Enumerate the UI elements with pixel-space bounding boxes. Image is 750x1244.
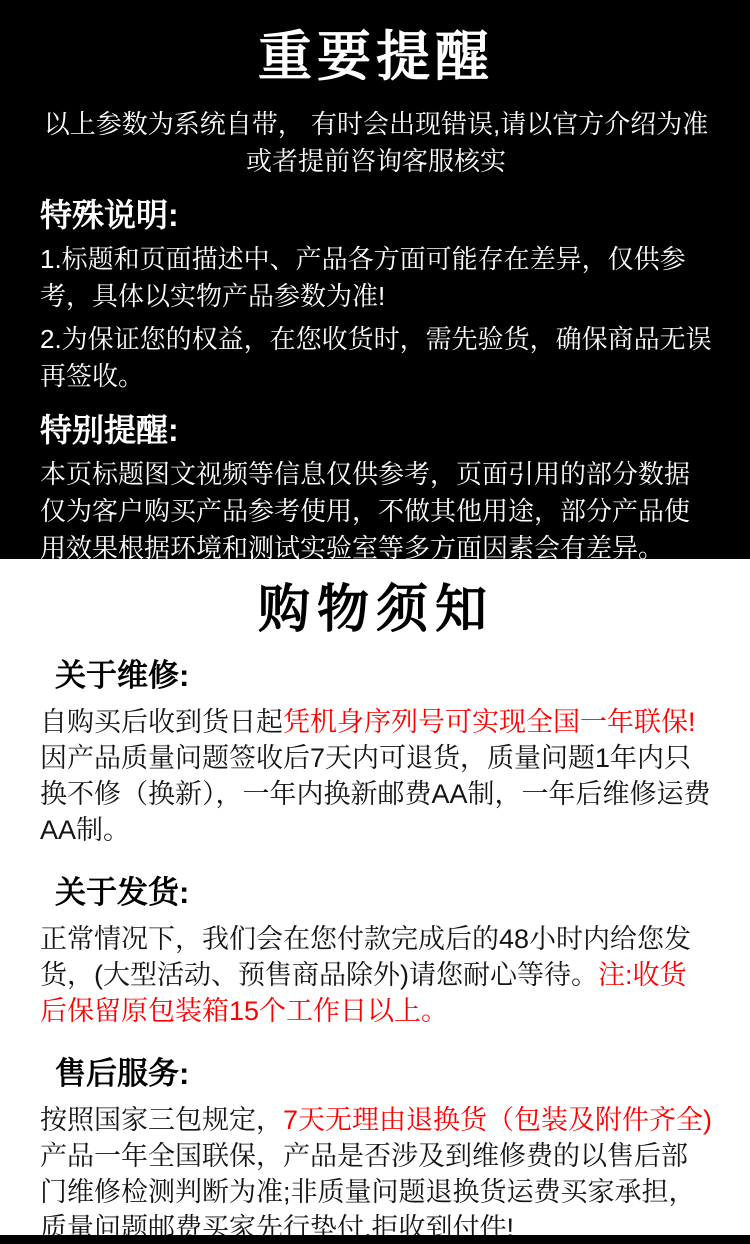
shipping-body-text: 正常情况下，我们会在您付款完成后的48小时内给您发货，(大型活动、预售商品除外)…	[40, 924, 691, 990]
after-sales-policy-highlight: 7天无理由退换货（包装及附件齐全)	[283, 1105, 712, 1135]
repair-body-text: 因产品质量问题签收后7天内可退货，质量问题1年内只换不修（换新），一年内换新邮费…	[40, 743, 711, 845]
product-notice-page: 重要提醒 以上参数为系统自带， 有时会出现错误,请以官方介绍为准 或者提前咨询客…	[0, 0, 750, 1244]
special-reminder-heading: 特别提醒:	[40, 410, 712, 450]
repair-paragraph: 自购买后收到货日起凭机身序列号可实现全国一年联保! 因产品质量问题签收后7天内可…	[40, 704, 712, 848]
repair-lead-text: 自购买后收到货日起	[40, 707, 283, 737]
after-sales-body-text: 产品一年全国联保，产品是否涉及到维修费的以售后部门维修检测判断为准;非质量问题退…	[40, 1141, 696, 1235]
special-note-item-1: 1.标题和页面描述中、产品各方面可能存在差异，仅供参考，具体以实物产品参数为准!	[40, 241, 712, 315]
special-note-item-2: 2.为保证您的权益，在您收货时，需先验货，确保商品无误再签收。	[40, 321, 712, 395]
after-sales-paragraph: 按照国家三包规定，7天无理由退换货（包装及附件齐全)产品一年全国联保，产品是否涉…	[40, 1102, 712, 1235]
bottom-divider-bar	[0, 1235, 750, 1244]
shopping-notice-section: 购物须知 关于维修: 自购买后收到货日起凭机身序列号可实现全国一年联保! 因产品…	[0, 559, 750, 1235]
after-sales-heading: 售后服务:	[40, 1054, 712, 1094]
after-sales-lead-text: 按照国家三包规定，	[40, 1105, 283, 1135]
important-notice-section: 重要提醒 以上参数为系统自带， 有时会出现错误,请以官方介绍为准 或者提前咨询客…	[0, 0, 750, 559]
special-reminder-body: 本页标题图文视频等信息仅供参考，页面引用的部分数据仅为客户购买产品参考使用，不做…	[40, 456, 712, 559]
repair-heading: 关于维修:	[40, 656, 712, 696]
special-note-heading: 特殊说明:	[40, 195, 712, 235]
intro-line-1: 以上参数为系统自带， 有时会出现错误,请以官方介绍为准	[30, 106, 722, 143]
important-notice-title: 重要提醒	[40, 24, 712, 90]
repair-warranty-highlight: 凭机身序列号可实现全国一年联保!	[283, 707, 696, 737]
shipping-paragraph: 正常情况下，我们会在您付款完成后的48小时内给您发货，(大型活动、预售商品除外)…	[40, 921, 712, 1029]
intro-line-2: 或者提前咨询客服核实	[30, 143, 722, 180]
shopping-notice-title: 购物须知	[40, 579, 712, 641]
important-notice-intro: 以上参数为系统自带， 有时会出现错误,请以官方介绍为准 或者提前咨询客服核实	[30, 106, 722, 180]
shipping-heading: 关于发货:	[40, 873, 712, 913]
